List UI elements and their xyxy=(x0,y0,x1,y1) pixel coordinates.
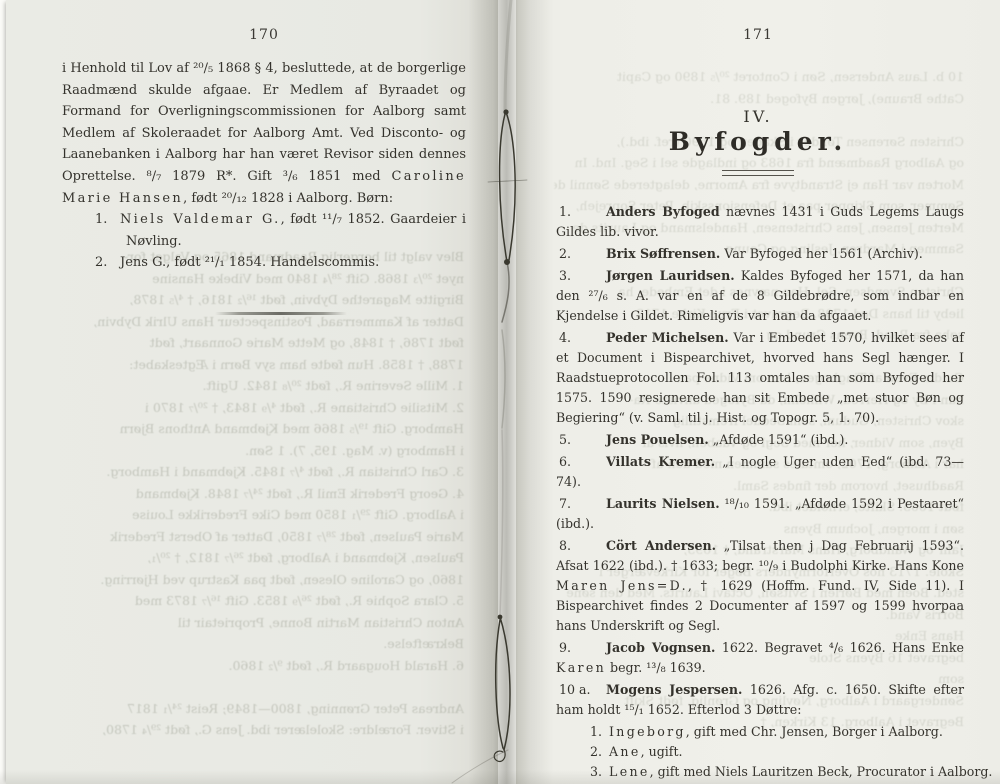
entry: 9.Jacob Vognsen. 1622. Begravet ⁴/₆ 1626… xyxy=(556,638,964,678)
children-list: 1.Niels Valdemar G., født ¹¹/₇ 1852. Gaa… xyxy=(62,209,466,274)
bleedthrough-line: 5. Clara Sophie R., født ²⁶/₉ 1853. Gift… xyxy=(56,590,464,612)
biography-paragraph: i Henhold til Lov af ²⁰/₅ 1868 § 4, besl… xyxy=(62,58,466,209)
text-run: 1622. Begravet ⁴/₆ 1626. Hans Enke xyxy=(715,640,964,655)
byfogder-entries: 1.Anders Byfoged nævnes 1431 i Guds Lege… xyxy=(556,202,964,782)
text-run: begr. ¹³/₈ 1639. xyxy=(606,660,706,675)
bleedthrough-line: Andreas Peter Grønning, 1800—1849; Reist… xyxy=(56,698,464,720)
entry-text: Lene, gift med Niels Lauritzen Beck, Pro… xyxy=(609,764,992,779)
entry: 10 a.Mogens Jespersen. 1626. Afg. c. 165… xyxy=(556,680,964,720)
text-run: „Afdøde 1591“ (ibd.). xyxy=(709,432,849,447)
bleedthrough-line: Morten var Han ej Strandtyve fra Amorne,… xyxy=(554,174,964,196)
sub-entry: 2.Ane, ugift. xyxy=(590,742,964,762)
entry-text: Ingeborg, gift med Chr. Jensen, Borger i… xyxy=(609,724,943,739)
person-name: Cört Andersen. xyxy=(606,538,716,553)
entry-number: 9. xyxy=(559,638,571,658)
spaced-name: Karen xyxy=(556,660,606,675)
person-name: Jacob Vognsen. xyxy=(606,640,715,655)
entry-text: Villats Kremer. „I nogle Uger uden Eed“ … xyxy=(556,452,964,492)
bleedthrough-line: Anton Christian Martin Bonne, Proprietai… xyxy=(56,612,464,634)
entry: 2.Jens G., født ²¹/₁ 1854. Handelscommis… xyxy=(126,252,466,274)
spaced-name: Maren Jens=D. xyxy=(556,578,688,593)
entry-number: 10 a. xyxy=(559,680,591,700)
entry-number: 1. xyxy=(559,202,571,222)
text-run: , gift med Niels Lauritzen Beck, Procura… xyxy=(650,764,993,779)
entry-text: Ane, ugift. xyxy=(609,744,683,759)
text-run: Var Byfoged her 1561 (Archiv). xyxy=(720,246,923,261)
entry-text: Jørgen Lauridsen. Kaldes Byfoged her 157… xyxy=(556,266,964,326)
person-name: Jørgen Lauridsen. xyxy=(606,268,735,283)
entry: 1.Anders Byfoged nævnes 1431 i Guds Lege… xyxy=(556,202,964,242)
bleedthrough-line: i Aalborg. Gift ²⁹/₁ 1850 med Cike Frede… xyxy=(56,504,464,526)
sub-entry: 3.Lene, gift med Niels Lauritzen Beck, P… xyxy=(590,762,964,782)
bleedthrough-line: 1788, † 1858. Hun fødte ham syv Børn i Æ… xyxy=(56,354,464,376)
entry-text: Cört Andersen. „Tilsat then j Dag Februa… xyxy=(556,536,964,636)
bleedthrough-line: Birgitte Magarethe Dybvin, født ¹⁶/₂ 181… xyxy=(56,289,464,311)
entry-text: Niels Valdemar G., født ¹¹/₇ 1852. Gaard… xyxy=(126,209,466,252)
bleedthrough-line: Hamborg. Gift ¹⁹/₅ 1866 med Kjøbmand Ant… xyxy=(56,418,464,440)
entry-text: Laurits Nielsen. ¹⁸/₁₀ 1591. „Afdøde 159… xyxy=(556,494,964,534)
spaced-name: Lene xyxy=(609,764,650,779)
bleedthrough-line: i Stiver. Forældre: Skolelærer ibd. Jens… xyxy=(56,719,464,741)
entry-number: 2. xyxy=(559,244,571,264)
entry-text: Anders Byfoged nævnes 1431 i Guds Legems… xyxy=(556,202,964,242)
page-number-left: 170 xyxy=(62,27,466,43)
entry-text: Jens Pouelsen. „Afdøde 1591“ (ibd.). xyxy=(556,430,964,450)
page-right: 10 b. Laus Andersen, Søn i Contoret ²⁰/₅… xyxy=(516,0,1000,784)
person-name: Mogens Jespersen. xyxy=(606,682,742,697)
bleedthrough-line: født 1786, † 1848, og Mette Marie Gonnaa… xyxy=(56,332,464,354)
bleedthrough-line xyxy=(56,676,464,698)
bleedthrough-line: Paulsen, Kjøbmand i Aalborg, født ²⁶/₇ 1… xyxy=(56,547,464,569)
bleedthrough-line: 10 b. Laus Andersen, Søn i Contoret ²⁰/₅… xyxy=(554,66,964,88)
person-name: Peder Michelsen. xyxy=(606,330,729,345)
entry-number: 8. xyxy=(559,536,571,556)
entry-number: 6. xyxy=(559,452,571,472)
entry: 4.Peder Michelsen. Var i Embedet 1570, h… xyxy=(556,328,964,428)
section-divider xyxy=(215,312,347,315)
page-left: Blev valgt til borgerlig Raadmand 1865 o… xyxy=(6,0,498,784)
entry-number: 5. xyxy=(559,430,571,450)
entry-number: 1. xyxy=(590,724,602,739)
entry: 7.Laurits Nielsen. ¹⁸/₁₀ 1591. „Afdøde 1… xyxy=(556,494,964,534)
text-run: , født ²⁰/₁₂ 1828 i Aalborg. Børn: xyxy=(183,191,393,206)
entry-number: 7. xyxy=(559,494,571,514)
bleedthrough-line: 3. Carl Christian R., født ⁴/₇ 1845. Kjø… xyxy=(56,461,464,483)
entry-text: Peder Michelsen. Var i Embedet 1570, hvi… xyxy=(556,328,964,428)
chapter-title: Byfogder. xyxy=(556,127,960,156)
entry: 8.Cört Andersen. „Tilsat then j Dag Febr… xyxy=(556,536,964,636)
bleedthrough-text-left: Blev valgt til borgerlig Raadmand 1865 o… xyxy=(56,246,464,741)
title-underline xyxy=(722,170,794,176)
person-name: Anders Byfoged xyxy=(606,204,720,219)
entry-number: 3. xyxy=(590,764,602,779)
entry-text: Jacob Vognsen. 1622. Begravet ⁴/₆ 1626. … xyxy=(556,638,964,678)
entry-number: 1. xyxy=(95,209,107,231)
entry-text: Mogens Jespersen. 1626. Afg. c. 1650. Sk… xyxy=(556,680,964,720)
text-run: , ugift. xyxy=(641,744,683,759)
entry: 6.Villats Kremer. „I nogle Uger uden Eed… xyxy=(556,452,964,492)
entry-number: 2. xyxy=(95,252,107,274)
person-name: Laurits Nielsen. xyxy=(606,496,720,511)
entry-text: Jens G., født ²¹/₁ 1854. Handelscommis. xyxy=(126,252,466,274)
chapter-number: IV. xyxy=(556,107,960,126)
sub-entry: 1.Ingeborg, gift med Chr. Jensen, Borger… xyxy=(590,722,964,742)
text-run: Jens G., født ²¹/₁ 1854. Handelscommis. xyxy=(120,255,379,270)
person-name: Brix Søffrensen. xyxy=(606,246,720,261)
bleedthrough-line: 1860, og Caroline Olesen, født paa Kastr… xyxy=(56,569,464,591)
entry-number: 4. xyxy=(559,328,571,348)
entry: 2.Brix Søffrensen. Var Byfoged her 1561 … xyxy=(556,244,964,264)
person-name: Villats Kremer. xyxy=(606,454,715,469)
bleedthrough-line: 2. Mitsilie Christiane R., født ⁴/₉ 1843… xyxy=(56,397,464,419)
entry: 1.Niels Valdemar G., født ¹¹/₇ 1852. Gaa… xyxy=(126,209,466,252)
bleedthrough-line: Bekræftelse. xyxy=(56,633,464,655)
spaced-name: Niels Valdemar G. xyxy=(120,212,281,227)
bleedthrough-line: 4. Georg Frederik Emil R., født ²⁴/₇ 184… xyxy=(56,483,464,505)
bleedthrough-line: 6. Harald Hougaard R., født ⁹/₂ 1860. xyxy=(56,655,464,677)
spaced-name: Ingeborg xyxy=(609,724,686,739)
page-number-right: 171 xyxy=(556,27,960,43)
text-run: , gift med Chr. Jensen, Borger i Aalborg… xyxy=(686,724,943,739)
entry: 3.Jørgen Lauridsen. Kaldes Byfoged her 1… xyxy=(556,266,964,326)
bleedthrough-line: 1. Mille Severine R., født ²⁰/₈ 1842. Ug… xyxy=(56,375,464,397)
entry-number: 2. xyxy=(590,744,602,759)
bleedthrough-line: i Hamborg (v. Mag. 195, 7). 1 Søn. xyxy=(56,440,464,462)
bleedthrough-line: Marie Paulsen, født ²⁸/₇ 1850, Datter af… xyxy=(56,526,464,548)
bleedthrough-line: Cathe Braune), Jørgen Byfoged 189. 81. xyxy=(554,88,964,110)
text-run: i Henhold til Lov af ²⁰/₅ 1868 § 4, besl… xyxy=(62,61,466,184)
entry: 5.Jens Pouelsen. „Afdøde 1591“ (ibd.). xyxy=(556,430,964,450)
entry-number: 3. xyxy=(559,266,571,286)
book-scan: Blev valgt til borgerlig Raadmand 1865 o… xyxy=(0,0,1000,784)
spaced-name: Ane xyxy=(609,744,641,759)
person-name: Jens Pouelsen. xyxy=(606,432,709,447)
left-page-text: i Henhold til Lov af ²⁰/₅ 1868 § 4, besl… xyxy=(62,58,466,274)
entry-text: Brix Søffrensen. Var Byfoged her 1561 (A… xyxy=(556,244,964,264)
